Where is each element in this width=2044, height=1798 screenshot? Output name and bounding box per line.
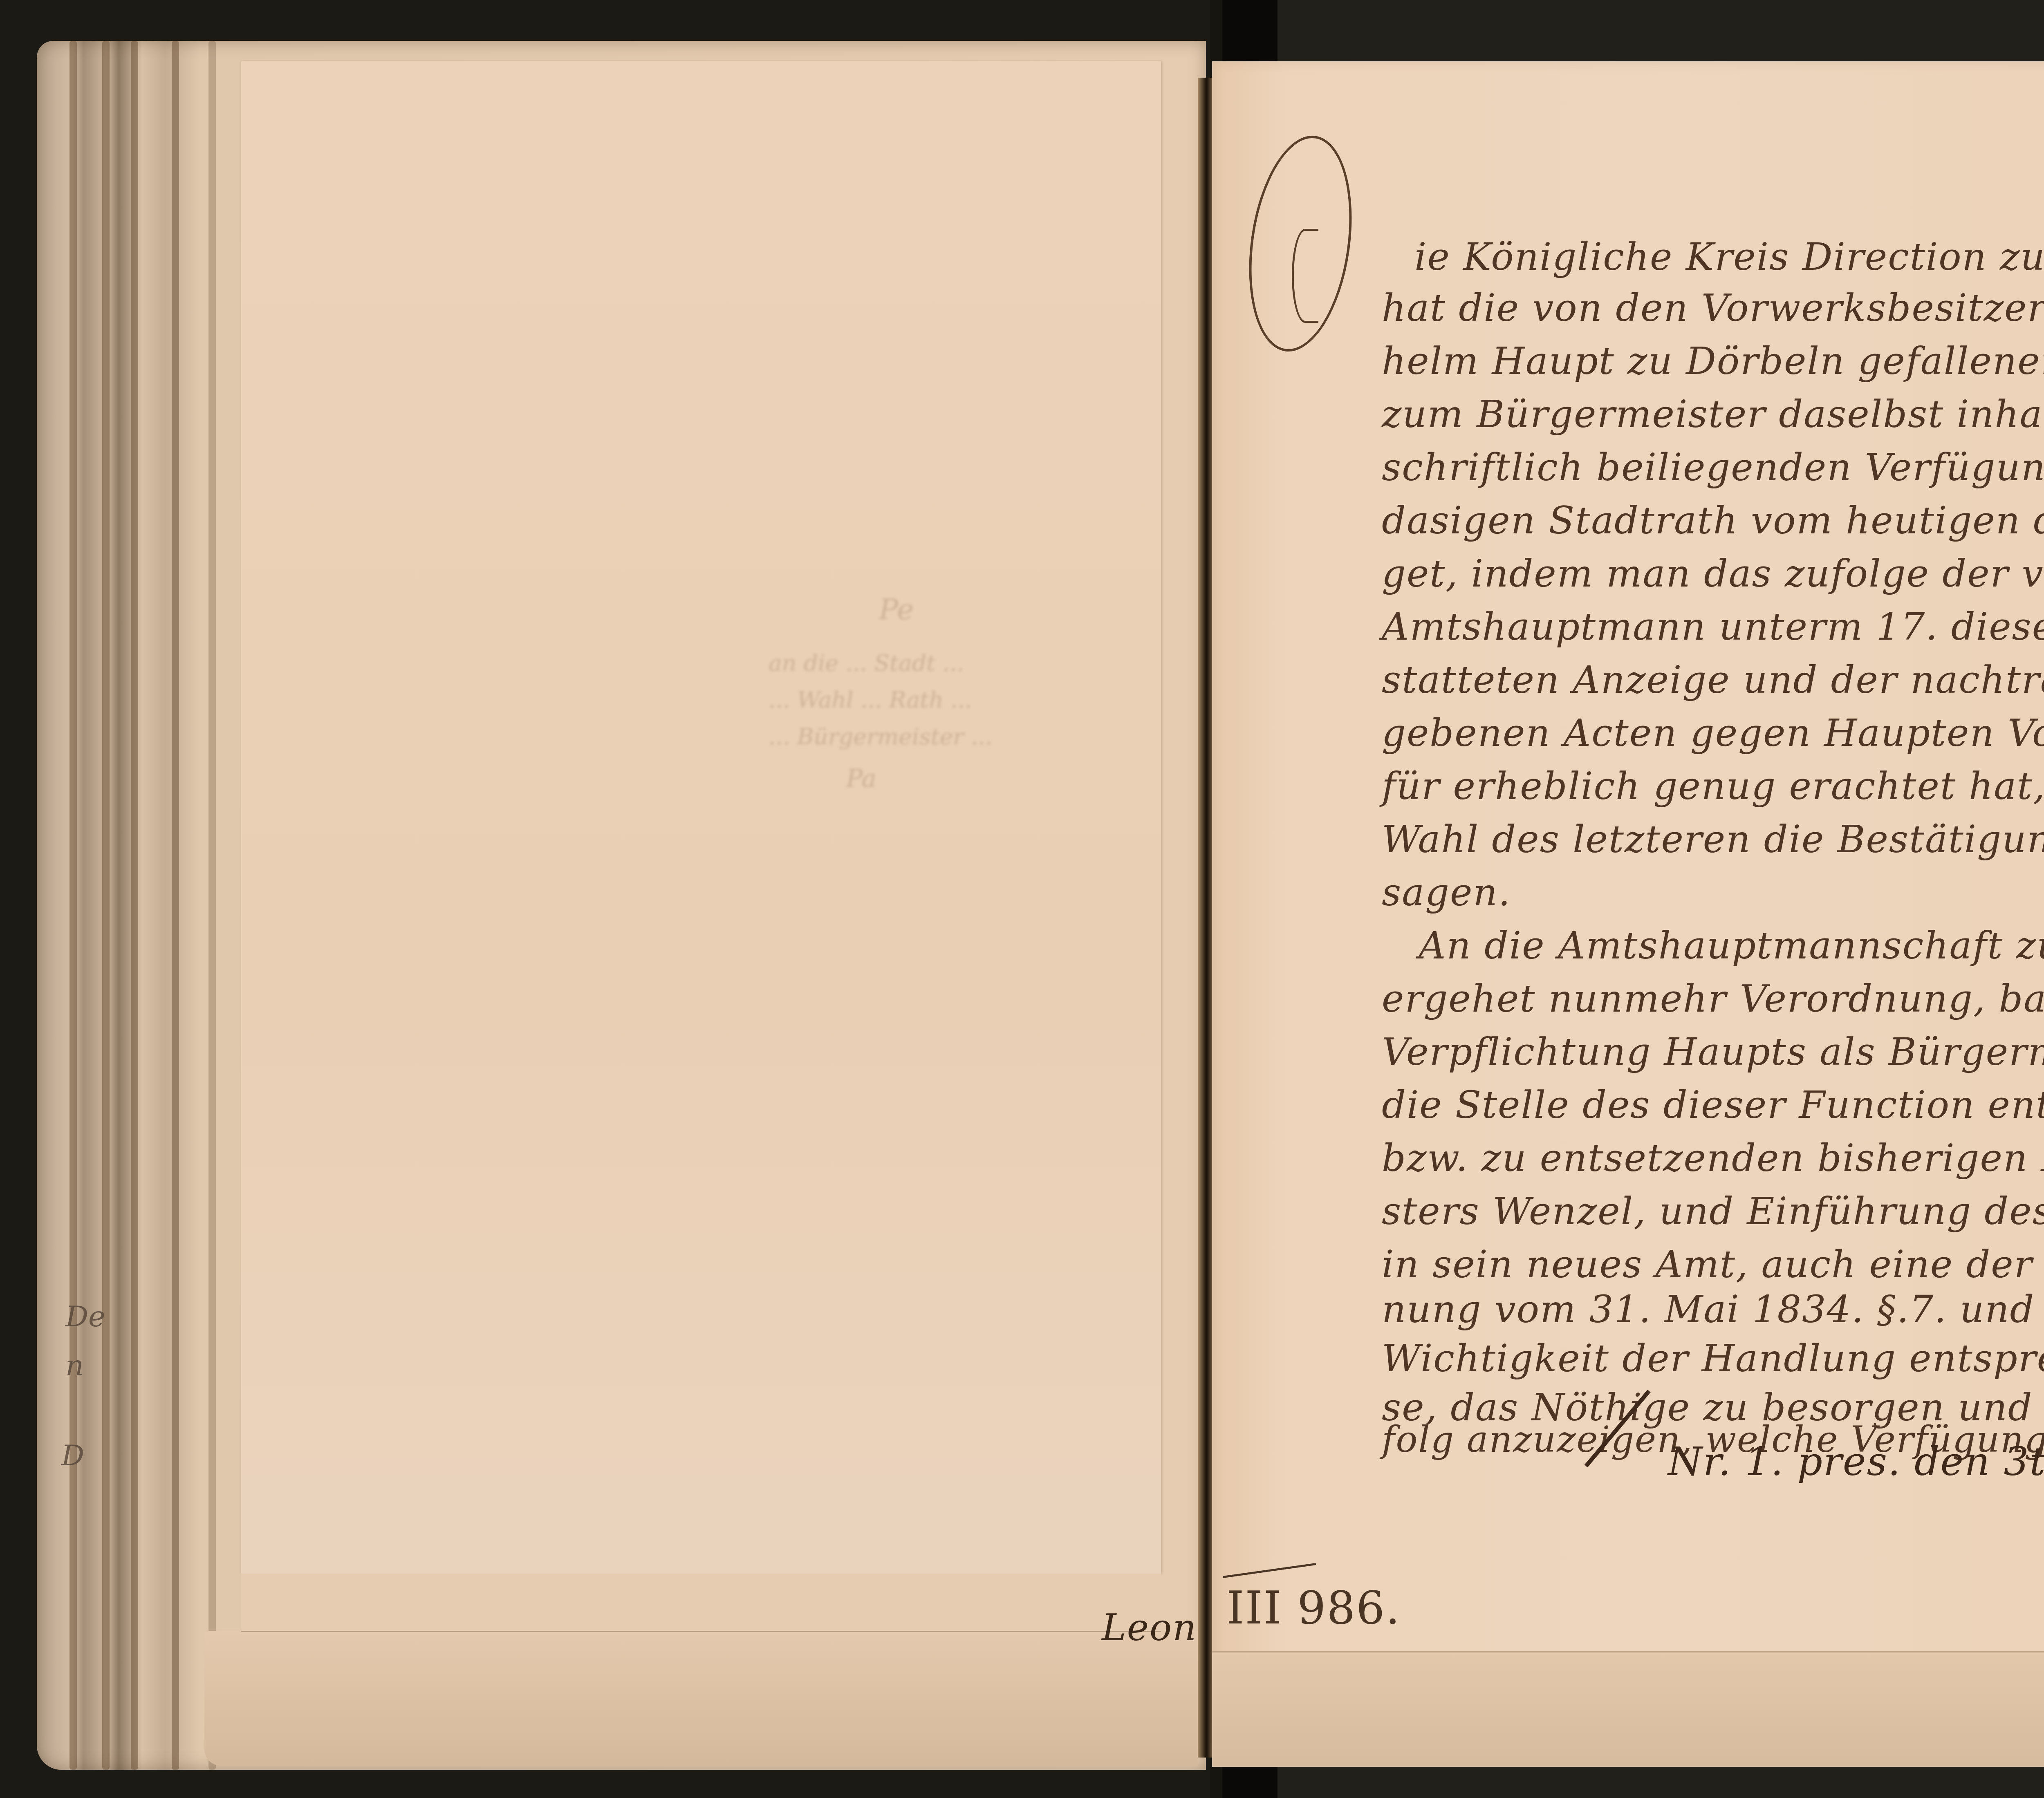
text-line: statteten Anzeige und der nachträglich ü…: [1382, 658, 2044, 702]
book-gutter: [1198, 78, 1214, 1758]
bleed-through-text: Pa: [846, 764, 876, 793]
text-line: An die Amtshauptmannschaft zu Dorbeln: [1419, 924, 2044, 967]
text-line: helm Haupt zu Dörbeln gefallenen Wahl: [1382, 339, 2044, 383]
margin-fragment: n: [65, 1349, 84, 1382]
text-line: Amtshauptmann unterm 17. dieses Monats e…: [1382, 605, 2044, 649]
text-line: dasigen Stadtrath vom heutigen dato best…: [1382, 499, 2044, 542]
text-line: ergehet nunmehr Verordnung, baldigst weg…: [1382, 977, 2044, 1021]
text-line: zum Bürgermeister daselbst inhalts der a…: [1382, 392, 2044, 436]
decorative-initial-d-inner: [1292, 229, 1318, 323]
bleed-through-text: ... Bürgermeister ...: [769, 723, 993, 750]
text-line: ie Königliche Kreis Direction zu Leipzig: [1414, 235, 2044, 279]
left-page-blank-sheet: [241, 61, 1161, 1574]
text-line: nung vom 31. Mai 1834. §.7. und sonst de…: [1382, 1287, 2044, 1331]
right-page-lower-fold: [1212, 1651, 2044, 1767]
margin-fragment: De: [65, 1300, 105, 1333]
bleed-through-text: an die ... Stadt ...: [769, 650, 964, 676]
archive-number: III 986.: [1226, 1582, 1401, 1634]
text-line: Verpflichtung Haupts als Bürgermeister a…: [1382, 1030, 2044, 1074]
text-line: Wahl des letzteren die Bestätigung zu ve…: [1382, 817, 2044, 861]
text-line: hat die von den Vorwerksbesitzer Carl Wi…: [1382, 286, 2044, 330]
text-line: get, indem man das zufolge der von dem: [1382, 552, 2044, 596]
text-line: sagen.: [1382, 871, 1511, 914]
text-line: gebenen Acten gegen Haupten Vorliegende …: [1382, 711, 2044, 755]
text-line: für erheblich genug erachtet hat, um der: [1382, 764, 2044, 808]
page-edge: [172, 41, 179, 1770]
page-edge: [208, 41, 216, 1770]
text-line: bzw. zu entsetzenden bisherigen Bürgerme…: [1382, 1136, 2044, 1180]
registration-note: Nr. 1. pres. den 3ten Januar 1842.: [1668, 1439, 2044, 1485]
text-line: in sein neues Amt, auch eine der Verord-: [1382, 1243, 2044, 1286]
text-line: schriftlich beiliegenden Verfügung an de…: [1382, 446, 2044, 489]
page-edge: [69, 41, 77, 1770]
left-page-under-sheet: [241, 1574, 1161, 1632]
text-line: Wichtigkeit der Handlung entsprechende W…: [1382, 1337, 2044, 1380]
text-line: sters Wenzel, und Einführung des erstere…: [1382, 1189, 2044, 1233]
page-edge: [131, 41, 138, 1770]
text-line: die Stelle des dieser Function enthobene…: [1382, 1083, 2044, 1127]
left-page-lower-leaf: [204, 1631, 1198, 1766]
bleed-through-text: Pe: [879, 593, 914, 626]
margin-fragment: D: [61, 1439, 84, 1472]
page-edge: [102, 41, 110, 1770]
bleed-through-text: ... Wahl ... Rath ...: [769, 687, 972, 713]
